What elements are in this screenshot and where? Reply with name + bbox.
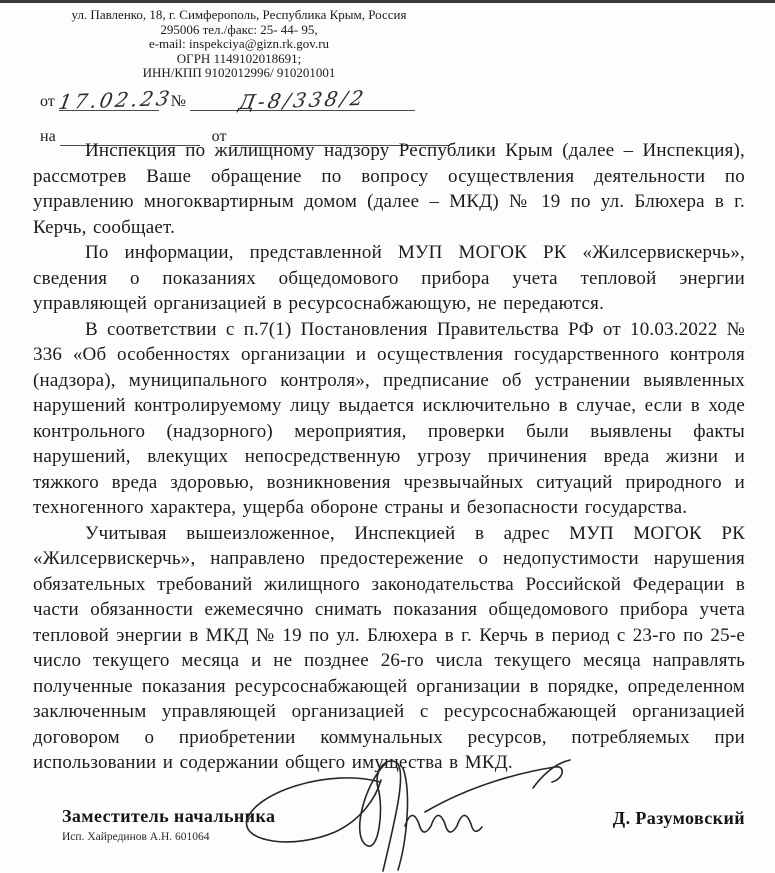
signer-position-title: Заместитель начальника	[62, 806, 275, 827]
letterhead-phone: 295006 тел./факс: 25- 44- 95,	[0, 23, 478, 38]
letterhead-email: e-mail: inspekciya@gizn.rk.gov.ru	[0, 37, 478, 52]
paragraph-conclusion: Учитывая вышеизложенное, Инспекцией в ад…	[33, 521, 745, 776]
executor-line: Исп. Хайрединов А.Н. 601064	[62, 831, 275, 843]
signature-block: Заместитель начальника Исп. Хайрединов А…	[62, 806, 745, 843]
top-border-line	[0, 0, 775, 3]
signer-position-block: Заместитель начальника Исп. Хайрединов А…	[62, 806, 275, 843]
scanned-letter-page: ул. Павленко, 18, г. Симферополь, Респуб…	[0, 0, 775, 873]
letterhead: ул. Павленко, 18, г. Симферополь, Респуб…	[0, 8, 478, 81]
letterhead-ogrn: ОГРН 1149102018691;	[0, 52, 478, 67]
outgoing-date-field: 17.02.23	[59, 88, 159, 111]
outgoing-ref-row: от 17.02.23 № Д-8/338/2	[40, 88, 470, 111]
from-label: от	[40, 93, 59, 111]
letterhead-inn-kpp: ИНН/КПП 9102012996/ 910201001	[0, 66, 478, 81]
handwritten-number: Д-8/338/2	[237, 86, 368, 115]
paragraph-information: По информации, представленной МУП МОГОК …	[33, 240, 745, 317]
letterhead-address: ул. Павленко, 18, г. Симферополь, Респуб…	[0, 8, 478, 23]
paragraph-intro: Инспекция по жилищному надзору Республик…	[33, 138, 745, 240]
signer-name: Д. Разумовский	[613, 808, 745, 829]
letter-body: Инспекция по жилищному надзору Республик…	[33, 138, 745, 776]
handwritten-date: 17.02.23	[57, 86, 174, 114]
paragraph-legal-basis: В соответствии с п.7(1) Постановления Пр…	[33, 317, 745, 521]
outgoing-number-field: Д-8/338/2	[190, 88, 415, 111]
